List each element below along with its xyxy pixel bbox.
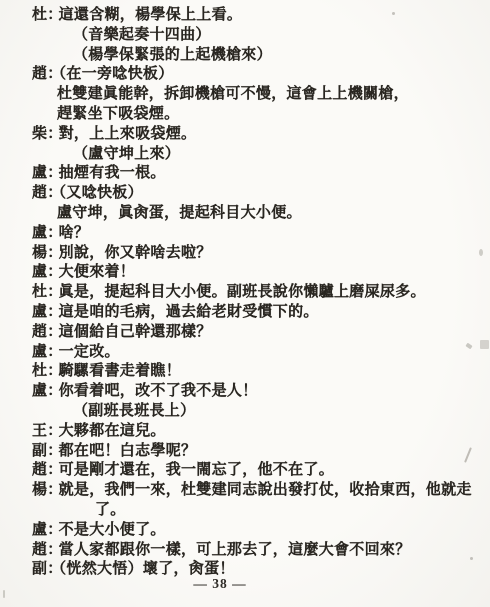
line-text: 當人家都跟你一樣，可上那去了，這麼大會不回來？ — [59, 542, 411, 558]
script-line: 楊：別說，你又幹啥去啦？ — [0, 244, 490, 264]
line-text: 騎騾看書走着瞧！ — [59, 363, 181, 379]
line-text: （在一旁唸快板） — [59, 66, 174, 82]
script-line: 盧：大便來着！ — [0, 263, 490, 283]
line-text: （副班長班長上） — [73, 403, 195, 419]
script-line: 盧：一定改。 — [0, 343, 490, 363]
line-text: （恍然大悟）壞了，肏蛋！ — [59, 561, 235, 577]
script-body: 杜：這還含糊，楊學保上上看。（音樂起奏十四曲）（楊學保緊張的上起機槍來）趙：（在… — [0, 6, 490, 580]
line-text: 了。 — [95, 502, 126, 518]
line-text: 啥？ — [59, 225, 90, 241]
script-line: 副：都在吧！白志學呢？ — [0, 442, 490, 462]
line-text: 眞是，提起科目大小便。副班長說你懶驢上磨屎尿多。 — [59, 284, 426, 300]
line-text: 一定改。 — [59, 344, 120, 360]
script-line: 了。 — [0, 501, 490, 521]
script-line: 杜雙建眞能幹，拆卸機槍可不慢，這會上上機關槍， — [0, 85, 490, 105]
script-line: 趙：可是剛才還在，我一閙忘了，他不在了。 — [0, 461, 490, 481]
script-line: 盧：啥？ — [0, 224, 490, 244]
line-text: 都在吧！白志學呢？ — [59, 443, 197, 459]
line-text: （音樂起奏十四曲） — [73, 27, 211, 43]
line-text: 抽煙有我一根。 — [59, 165, 166, 181]
script-line: 趕緊坐下吸袋煙。 — [0, 105, 490, 125]
line-text: 盧守坤，眞肏蛋，提起科目大小便。 — [57, 205, 302, 221]
scanned-script-page: 杜：這還含糊，楊學保上上看。（音樂起奏十四曲）（楊學保緊張的上起機槍來）趙：（在… — [0, 0, 490, 607]
script-line: 盧：抽煙有我一根。 — [0, 164, 490, 184]
script-line: （音樂起奏十四曲） — [0, 26, 490, 46]
script-line: 杜：這還含糊，楊學保上上看。 — [0, 6, 490, 26]
script-line: 杜：騎騾看書走着瞧！ — [0, 362, 490, 382]
script-line: 盧守坤，眞肏蛋，提起科目大小便。 — [0, 204, 490, 224]
scan-artifact — [3, 590, 5, 598]
line-text: 不是大小便了。 — [59, 522, 166, 538]
line-text: 這是咱的毛病，過去給老財受慣下的。 — [59, 304, 319, 320]
scan-artifact — [470, 557, 473, 560]
script-line: （楊學保緊張的上起機槍來） — [0, 46, 490, 66]
script-line: 趙：這個給自己幹還那樣？ — [0, 323, 490, 343]
line-text: （又唸快板） — [59, 185, 143, 201]
line-text: 別說，你又幹啥去啦？ — [59, 245, 212, 261]
line-text: 杜雙建眞能幹，拆卸機槍可不慢，這會上上機關槍， — [57, 86, 409, 102]
scan-artifact — [479, 249, 483, 256]
line-text: 對，上上來吸袋煙。 — [59, 126, 197, 142]
line-text: 大便來着！ — [59, 264, 136, 280]
script-line: 盧：你看着吧，改不了我不是人！ — [0, 382, 490, 402]
script-line: 盧：這是咱的毛病，過去給老財受慣下的。 — [0, 303, 490, 323]
script-line: 趙：當人家都跟你一樣，可上那去了，這麼大會不回來？ — [0, 541, 490, 561]
script-line: 趙：（在一旁唸快板） — [0, 65, 490, 85]
line-text: 這個給自己幹還那樣？ — [59, 324, 212, 340]
script-line: 楊：就是，我們一來，杜雙建同志說出發打仗，收拾東西，他就走 — [0, 481, 490, 501]
line-text: 可是剛才還在，我一閙忘了，他不在了。 — [59, 462, 334, 478]
script-line: 柴：對，上上來吸袋煙。 — [0, 125, 490, 145]
page-number: — 38 — — [0, 576, 440, 592]
line-text: 就是，我們一來，杜雙建同志說出發打仗，收拾東西，他就走 — [59, 482, 472, 498]
line-text: 這還含糊，楊學保上上看。 — [59, 7, 243, 23]
script-line: 王：大夥都在這兒。 — [0, 422, 490, 442]
script-line: 杜：眞是，提起科目大小便。副班長說你懶驢上磨屎尿多。 — [0, 283, 490, 303]
scan-artifact — [480, 340, 489, 349]
script-line: （盧守坤上來） — [0, 145, 490, 165]
line-text: （盧守坤上來） — [73, 146, 180, 162]
line-text: （楊學保緊張的上起機槍來） — [73, 47, 272, 63]
line-text: 大夥都在這兒。 — [59, 423, 166, 439]
script-line: 盧：不是大小便了。 — [0, 521, 490, 541]
line-text: 趕緊坐下吸袋煙。 — [57, 106, 179, 122]
script-line: 趙：（又唸快板） — [0, 184, 490, 204]
line-text: 你看着吧，改不了我不是人！ — [59, 383, 258, 399]
script-line: （副班長班長上） — [0, 402, 490, 422]
scan-artifact — [392, 12, 395, 15]
